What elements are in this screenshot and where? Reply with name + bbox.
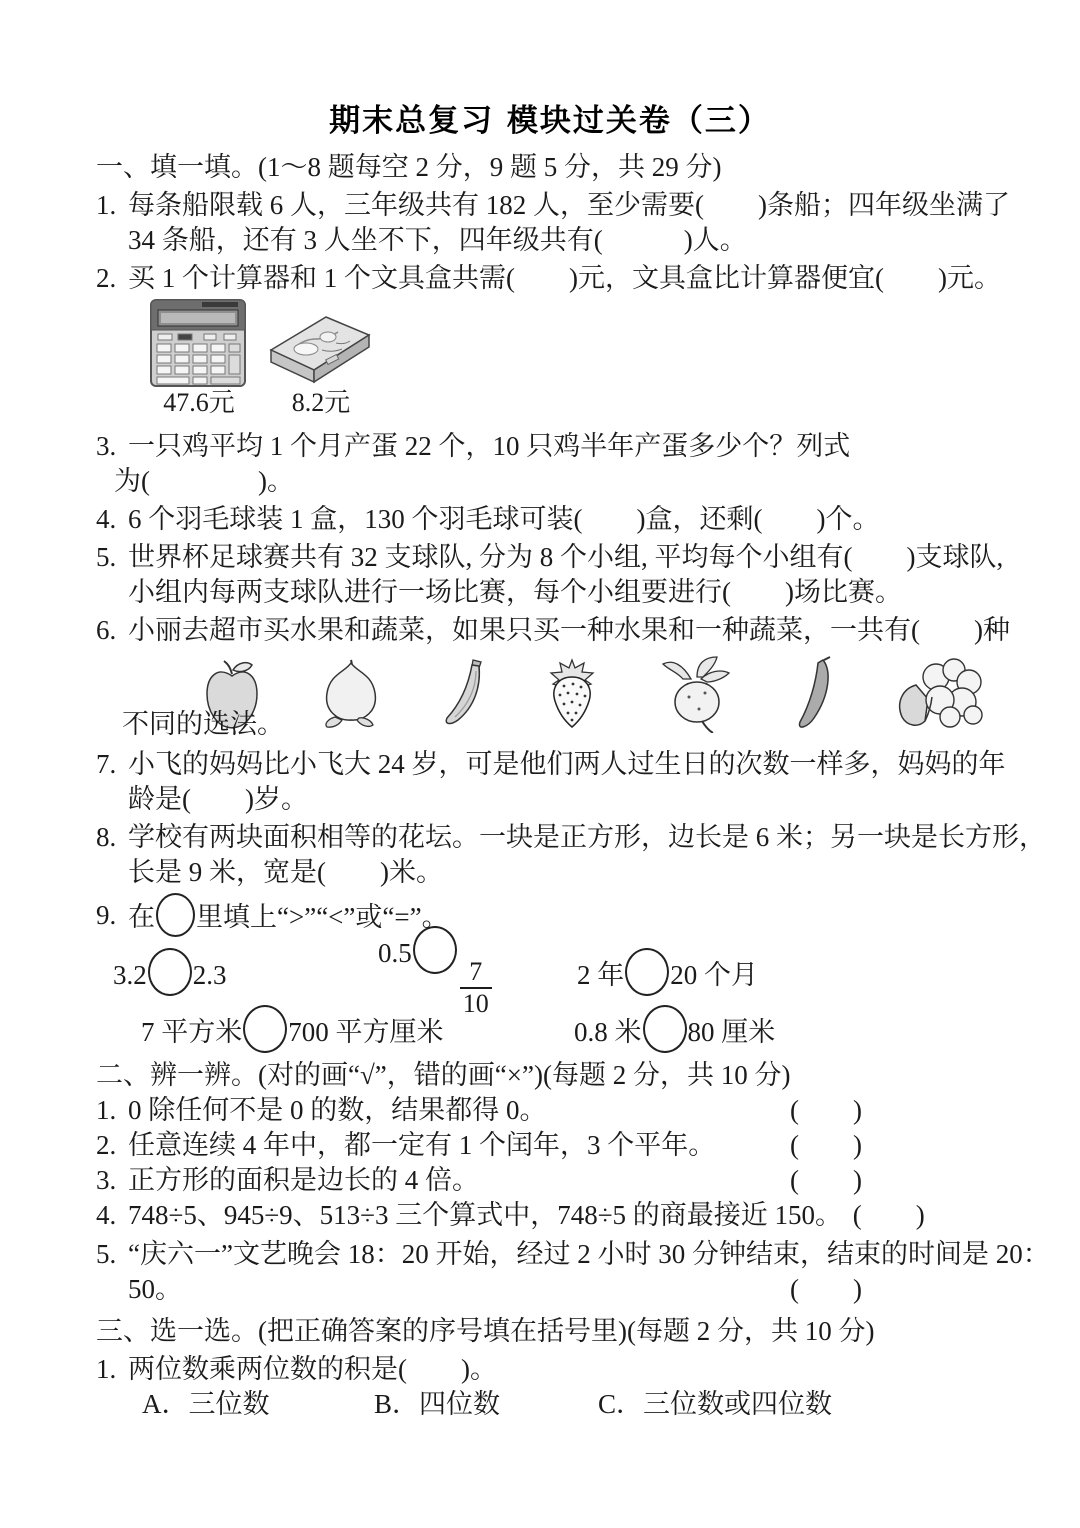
compare-left: 3.2 [113,960,147,990]
compare-left: 7 平方米 [141,1017,242,1047]
compare-right: 700 平方厘米 [288,1017,443,1047]
question-text: 两位数乘两位数的积是( )。 [128,1352,1004,1387]
compare-left: 2 年 [577,960,624,990]
comparison-item: 0.8 米80 厘米 [574,1005,775,1053]
question-text: 748÷5、945÷9、513÷3 三个算式中，748÷5 的商最接近 150。 [128,1200,842,1230]
fill-question-8: 8. 学校有两块面积相等的花坛。一块是正方形，边长是 6 米；另一块是长方形， … [96,820,1004,890]
option-b: B．四位数 [374,1387,598,1422]
question-text: 小丽去超市买水果和蔬菜，如果只买一种水果和一种蔬菜，一共有( )种 [128,613,1004,648]
question-number: 5. [96,1237,128,1272]
question-text: 0 除任何不是 0 的数，结果都得 0。 [128,1095,547,1125]
cauliflower-icon [894,655,984,733]
calculator-figure: 47.6元 [148,298,250,418]
question-text: 不同的选法。 [122,707,284,742]
question-text-pre: 在 [128,902,155,932]
section2-heading: 二、辨一辨。(对的画“√”，错的画“×”)(每题 2 分，共 10 分) [96,1057,1004,1093]
comparison-circle [148,948,192,996]
question-number: 1. [96,1352,128,1387]
calculator-price-label: 47.6元 [148,388,250,418]
fill-question-5: 5. 世界杯足球赛共有 32 支球队, 分为 8 个小组, 平均每个小组有( )… [96,540,1004,610]
question-number: 4. [96,1198,128,1233]
question-text: 每条船限载 6 人，三年级共有 182 人，至少需要( )条船；四年级坐满了 [128,188,1004,223]
question-number: 8. [96,820,128,890]
judge-item-2: 2.任意连续 4 年中，都一定有 1 个闰年，3 个平年。 ( ) [96,1128,1004,1163]
comparison-circle [413,926,457,974]
question-number: 3. [96,1163,128,1198]
compare-left: 0.8 米 [574,1017,642,1047]
comparison-circle [243,1005,287,1053]
section1-heading: 一、填一填。(1～8 题每空 2 分，9 题 5 分，共 29 分) [96,149,1004,185]
judge-item-3: 3.正方形的面积是边长的 4 倍。 ( ) [96,1163,1004,1198]
question-number: 7. [96,747,128,817]
answer-bracket: ( ) [853,1200,925,1230]
exam-paper: 期末总复习 模块过关卷（三） 一、填一填。(1～8 题每空 2 分，9 题 5 … [0,0,1080,1528]
question-text: 龄是( )岁。 [128,782,1004,817]
pencil-case-icon [266,310,376,386]
fill-question-7: 7. 小飞的妈妈比小飞大 24 岁，可是他们两人过生日的次数一样多，妈妈的年 龄… [96,747,1004,817]
question-number: 4. [96,502,128,537]
section3-heading: 三、选一选。(把正确答案的序号填在括号里)(每题 2 分，共 10 分) [96,1313,1004,1349]
price-illustrations: 47.6元 8.2元 [96,296,1004,426]
calculator-icon [148,298,250,388]
question-text: 小组内每两支球队进行一场比赛，每个小组要进行( )场比赛。 [128,575,1004,610]
produce-illustrations: 不同的选法。 [96,648,1004,744]
answer-bracket: ( ) [790,1128,862,1163]
question-text: 正方形的面积是边长的 4 倍。 [128,1165,479,1195]
page-title: 期末总复习 模块过关卷（三） [96,101,1004,141]
comparison-item: 3.22.3 [113,948,378,996]
question-text: 一只鸡平均 1 个月产蛋 22 个，10 只鸡半年产蛋多少个？列式 [128,429,1004,464]
question-text: 为( )。 [114,464,1004,499]
answer-bracket: ( ) [790,1272,862,1307]
choice-question-1: 1. 两位数乘两位数的积是( )。 [96,1352,1004,1387]
question-text: 学校有两块面积相等的花坛。一块是正方形，边长是 6 米；另一块是长方形， [128,820,1004,855]
compare-left: 0.5 [378,938,412,968]
question-text: 买 1 个计算器和 1 个文具盒共需( )元，文具盒比计算器便宜( )元。 [128,261,1004,296]
fraction-numerator: 7 [469,957,482,986]
choice-options: A．三位数 B．四位数 C．三位数或四位数 [142,1387,1004,1422]
judge-item-1: 1.0 除任何不是 0 的数，结果都得 0。 ( ) [96,1093,1004,1128]
question-text: 任意连续 4 年中，都一定有 1 个闰年，3 个平年。 [128,1130,715,1160]
judge-item-4: 4.748÷5、945÷9、513÷3 三个算式中，748÷5 的商最接近 15… [96,1198,1004,1233]
question-text: 34 条船，还有 3 人坐不下，四年级共有( )人。 [128,223,1004,258]
peach-icon [321,656,381,732]
comparison-row-1: 3.22.3 0.5710 2 年20 个月 [96,941,1004,1003]
question-number: 6. [96,613,128,648]
question-number: 5. [96,540,128,610]
compare-right: 80 厘米 [688,1017,776,1047]
question-text: 世界杯足球赛共有 32 支球队, 分为 8 个小组, 平均每个小组有( )支球队… [128,540,1004,575]
fill-question-3: 3. 一只鸡平均 1 个月产蛋 22 个，10 只鸡半年产蛋多少个？列式 为( … [96,429,1004,499]
answer-bracket: ( ) [790,1093,862,1128]
question-text: 6 个羽毛球装 1 盒，130 个羽毛球可装( )盒，还剩( )个。 [128,502,1004,537]
comparison-circle [643,1005,687,1053]
answer-bracket: ( ) [790,1163,862,1198]
comparison-circle [156,893,195,937]
question-text: “庆六一”文艺晚会 18：20 开始，经过 2 小时 30 分钟结束，结束的时间… [128,1239,1050,1269]
question-number: 1. [96,1093,128,1128]
comparison-item: 7 平方米700 平方厘米 [141,1005,574,1053]
option-c: C．三位数或四位数 [598,1387,1004,1422]
pencil-case-figure: 8.2元 [266,310,376,418]
radish-icon [659,655,731,733]
produce-row [204,652,984,736]
question-number: 9. [96,893,128,937]
compare-right: 2.3 [193,960,227,990]
fill-question-1: 1. 每条船限载 6 人，三年级共有 182 人，至少需要( )条船；四年级坐满… [96,188,1004,258]
compare-right: 20 个月 [670,960,758,990]
banana-icon [441,657,485,731]
question-number: 2. [96,261,128,296]
comparison-row-2: 7 平方米700 平方厘米 0.8 米80 厘米 [96,1003,1004,1055]
question-number: 2. [96,1128,128,1163]
judge-item-5: 5.“庆六一”文艺晚会 18：20 开始，经过 2 小时 30 分钟结束，结束的… [96,1237,1004,1272]
question-text: 50。 [128,1274,182,1304]
fill-question-2: 2. 买 1 个计算器和 1 个文具盒共需( )元，文具盒比计算器便宜( )元。 [96,261,1004,296]
question-text: 长是 9 米，宽是( )米。 [128,855,1004,890]
comparison-item: 0.5710 [378,926,577,1017]
judge-item-5-continued: 50。 ( ) [96,1272,1004,1307]
pencil-case-price-label: 8.2元 [266,388,376,418]
question-text: 小飞的妈妈比小飞大 24 岁，可是他们两人过生日的次数一样多，妈妈的年 [128,747,1004,782]
question-number: 1. [96,188,128,258]
option-a: A．三位数 [142,1387,374,1422]
strawberry-icon [546,658,598,730]
cucumber-icon [791,656,833,732]
fill-question-4: 4. 6 个羽毛球装 1 盒，130 个羽毛球可装( )盒，还剩( )个。 [96,502,1004,537]
fill-question-6: 6. 小丽去超市买水果和蔬菜，如果只买一种水果和一种蔬菜，一共有( )种 [96,613,1004,648]
page-content: 期末总复习 模块过关卷（三） 一、填一填。(1～8 题每空 2 分，9 题 5 … [96,0,1004,1422]
comparison-circle [625,948,669,996]
comparison-item: 2 年20 个月 [577,948,758,996]
